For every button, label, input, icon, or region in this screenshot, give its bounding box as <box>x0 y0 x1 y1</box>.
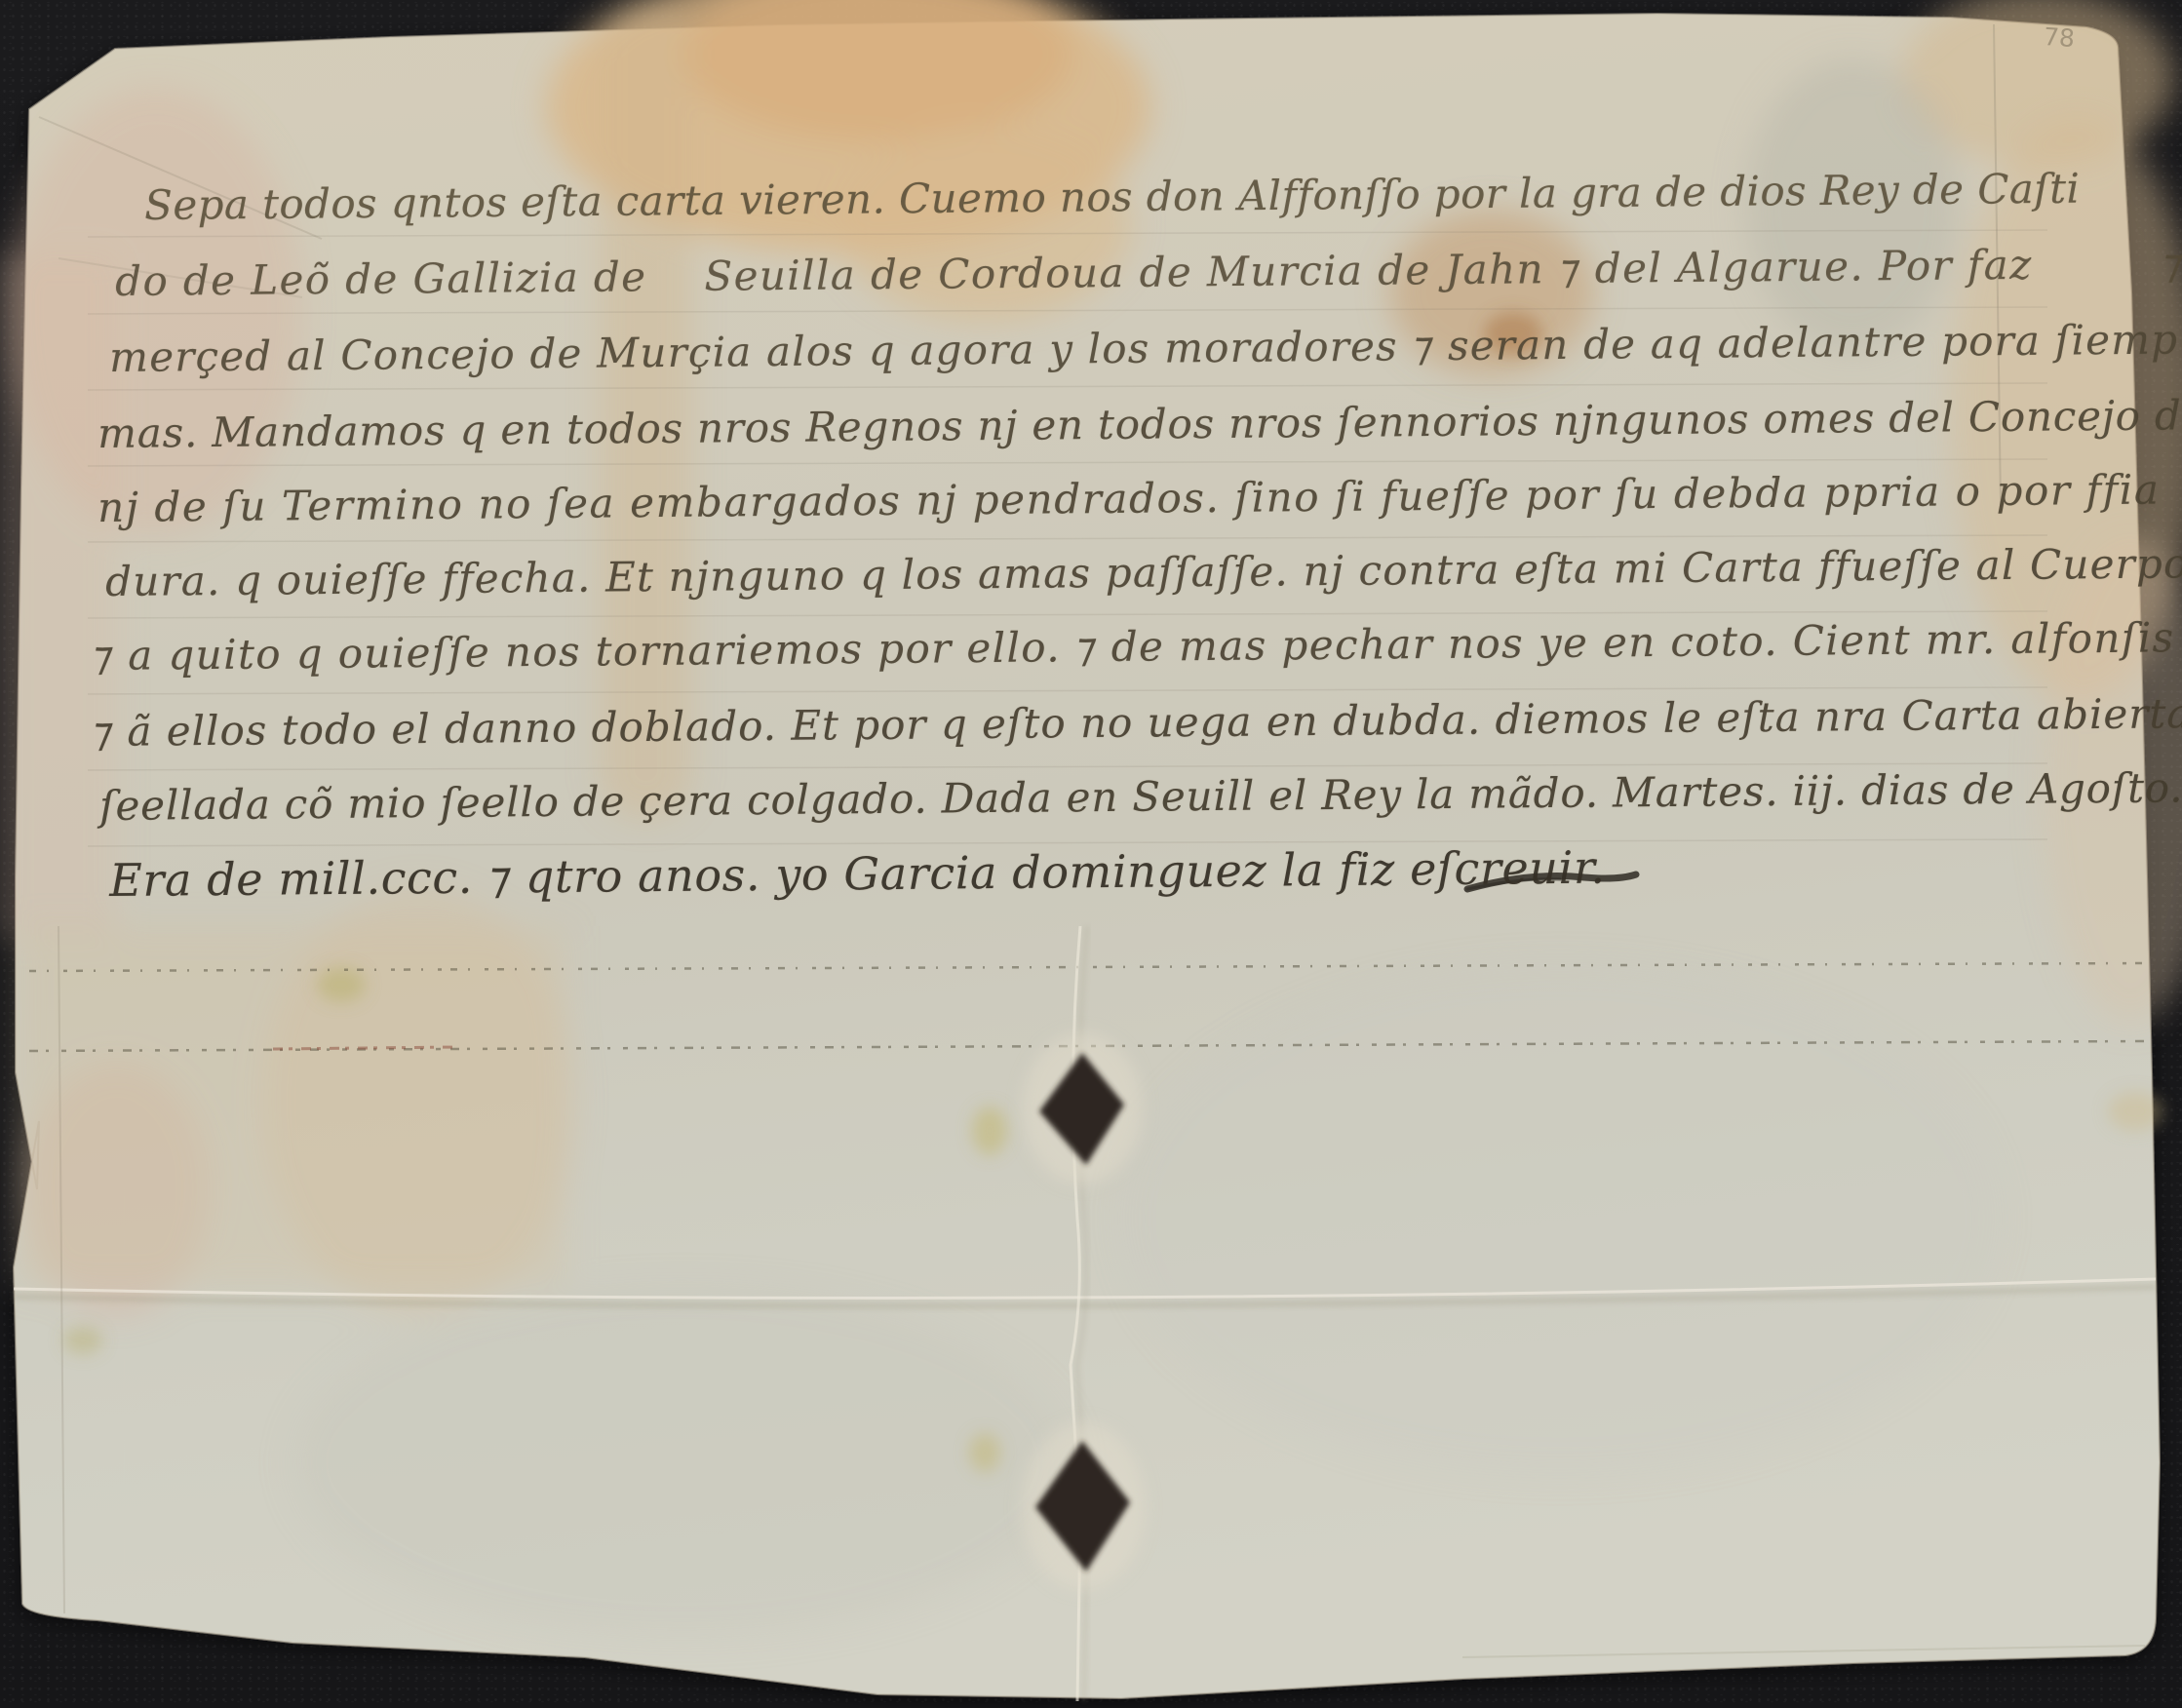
stain-speck-4 <box>63 1327 102 1354</box>
stain-speck-2 <box>972 1106 1007 1155</box>
stain-left-band <box>0 253 117 936</box>
manuscript-line-10: Era de mill.ccc. ⁊ qtro anos. yo Garcia … <box>109 845 1606 903</box>
archival-number: 78 <box>2043 22 2076 53</box>
stain-mid-left-warm <box>263 887 575 1316</box>
stain-speck-3 <box>969 1433 1000 1472</box>
photo-background-mat: Sepa todos qntos eſta carta vieren. Cuem… <box>0 0 2182 1708</box>
mottle-bottom <box>292 1287 1072 1638</box>
stain-speck-1 <box>317 967 366 1002</box>
mottle-right-lower <box>1121 965 1999 1472</box>
stain-speck-5 <box>2108 1092 2163 1131</box>
